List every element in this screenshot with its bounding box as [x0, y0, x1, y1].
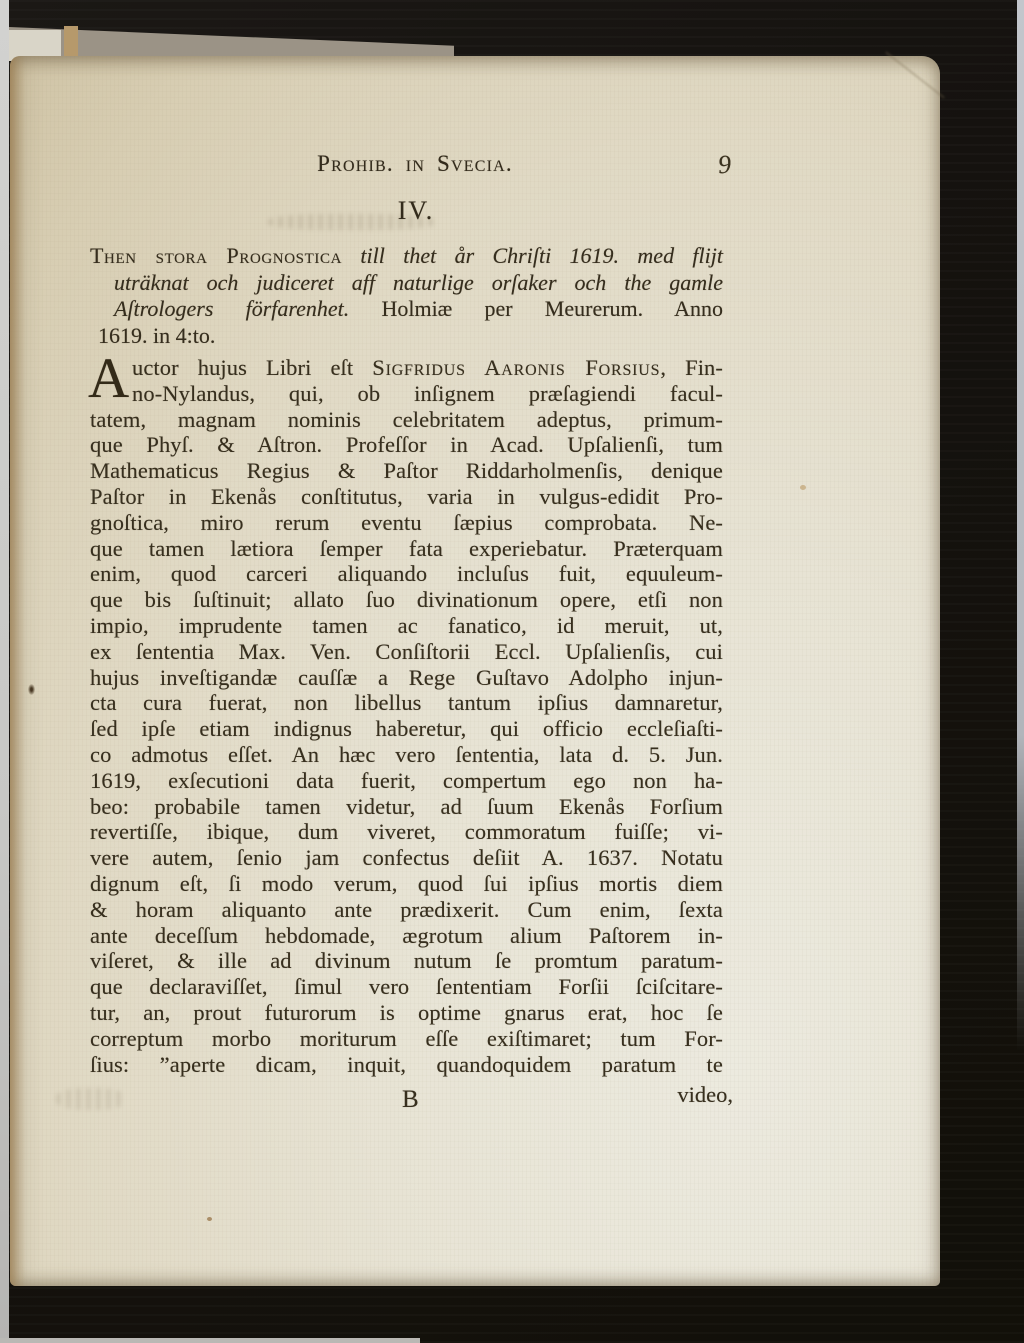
drop-cap: A [88, 350, 129, 407]
body-line: impio, imprudente tamen ac fanatico, id … [90, 613, 723, 639]
body-line: que Phyſ. & Aſtron. Profeſſor in Acad. U… [90, 432, 723, 458]
book-page: Prohib. in Svecia. 9 IV. Then stora Prog… [10, 56, 940, 1286]
title-line: Aſtrologers förfarenhet. Holmiæ per Meur… [90, 296, 723, 323]
body-line: dignum eſt, ſi modo verum, quod ſui ipſi… [90, 871, 723, 897]
body-line: ſius: ”aperte dicam, inquit, quandoquide… [90, 1052, 723, 1078]
body-line: ante deceſſum hebdomade, ægrotum alium P… [90, 923, 723, 949]
title-italic: Aſtrologers förfarenhet. [114, 296, 349, 321]
scanner-edge-bottom [0, 1338, 420, 1343]
page-foot: B video, [90, 1082, 723, 1116]
ink-blot [28, 684, 35, 695]
catchword: video, [677, 1082, 733, 1108]
body-text: , Fin- [660, 355, 723, 380]
body-line: correptum morbo moriturum eſſe exiſtimar… [90, 1026, 723, 1052]
body-line: no-Nylandus, qui, ob inſignem præſagiend… [90, 381, 723, 407]
scanner-edge-right [1017, 0, 1024, 1050]
body-text: uctor hujus Libri eſt [132, 355, 353, 380]
body-line: revertiſſe, ibique, dum viveret, commora… [90, 819, 723, 845]
body-line: que tamen lætiora ſemper fata experiebat… [90, 536, 723, 562]
title-block: Then stora Prognostica till thet år Chri… [90, 243, 723, 349]
scan-background: Prohib. in Svecia. 9 IV. Then stora Prog… [0, 0, 1024, 1343]
scanner-edge-left [0, 0, 9, 1343]
body-line: & horam aliquanto ante prædixerit. Cum e… [90, 897, 723, 923]
body-line: gnoſtica, miro rerum eventu ſæpius compr… [90, 510, 723, 536]
body-line: co admotus eſſet. An hæc vero ſententia,… [90, 742, 723, 768]
author-name: Sigfridus Aaronis Forsius [372, 355, 660, 380]
body-line: cta cura fuerat, non libellus tantum ipſ… [90, 690, 723, 716]
body-line: beo: probabile tamen videtur, ad ſuum Ek… [90, 794, 723, 820]
text-column: Prohib. in Svecia. 9 IV. Then stora Prog… [90, 56, 723, 1286]
body-line: tatem, magnam nominis celebritatem adept… [90, 407, 723, 433]
body-line: Paſtor in Ekenås conſtitutus, varia in v… [90, 484, 723, 510]
paper-crease [885, 51, 945, 98]
body-line: que declaraviſſet, ſimul vero ſententiam… [90, 974, 723, 1000]
body-line: hujus inveſtigandæ cauſſæ a Rege Guſtavo… [90, 665, 723, 691]
body-paragraph: A uctor hujus Libri eſt Sigfridus Aaroni… [90, 355, 723, 1077]
body-line: vere autem, ſenio jam confectus deſiit A… [90, 845, 723, 871]
title-line: uträknat och judiceret aff naturlige orſ… [90, 270, 723, 297]
running-title: Prohib. in Svecia. [317, 151, 513, 177]
page-number: 9 [717, 150, 732, 181]
body-line: Mathematicus Regius & Paſtor Riddarholme… [90, 458, 723, 484]
title-line: 1619. in 4:to. [90, 323, 723, 350]
body-line: ſed ipſe etiam indignus haberetur, qui o… [90, 716, 723, 742]
body-line: que bis ſuſtinuit; allato ſuo divination… [90, 587, 723, 613]
title-smallcaps: Then stora Prognostica [90, 243, 342, 268]
body-line: enim, quod carceri aliquando incluſus fu… [90, 561, 723, 587]
signature-mark: B [402, 1086, 419, 1114]
body-line: tur, an, prout futurorum is optime gnaru… [90, 1000, 723, 1026]
body-line: uctor hujus Libri eſt Sigfridus Aaronis … [90, 355, 723, 381]
body-line: 1619, exſecutioni data fuerit, compertum… [90, 768, 723, 794]
body-line: ex ſententia Max. Ven. Conſiſtorii Eccl.… [90, 639, 723, 665]
section-number: IV. [398, 196, 435, 226]
body-line: viſeret, & ille ad divinum nutum ſe prom… [90, 948, 723, 974]
paper-speck [800, 485, 806, 490]
title-line: Then stora Prognostica till thet år Chri… [90, 243, 723, 270]
title-roman: Holmiæ per Meurerum. Anno [381, 296, 723, 321]
title-italic: till thet år Chriſti 1619. med flijt [360, 243, 723, 268]
page-fore-edge-shadow [10, 56, 26, 1286]
